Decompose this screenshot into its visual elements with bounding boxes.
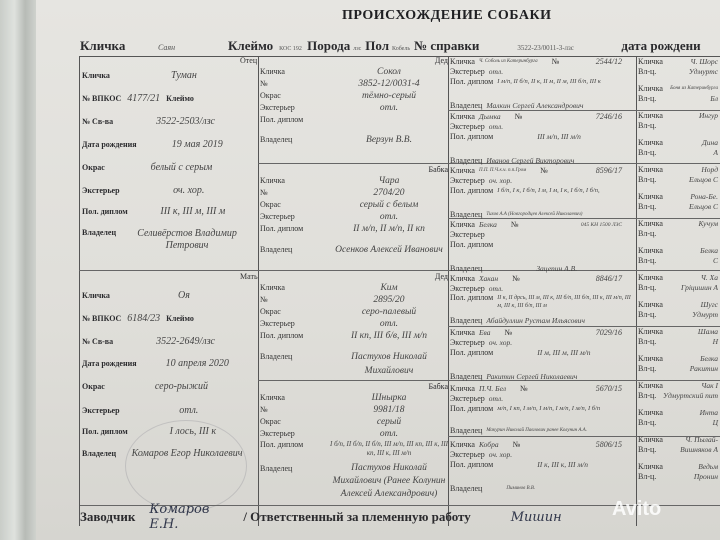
father-vpkos-label: № ВПКОС: [82, 94, 121, 103]
ggp-owner: Тихов А.А (Новгородцев Алексей Николаеви…: [486, 210, 582, 220]
gen4-owner-label: Вл-ц.: [638, 67, 670, 77]
ggp-name-label: Кличка: [450, 57, 475, 67]
ggp-exterior-label: Экстерьер: [450, 122, 485, 132]
ggp-owner-label: Владелец: [450, 264, 482, 274]
gen4-owner: [670, 121, 720, 131]
ggp-name: П.Ч. Бел: [479, 384, 506, 394]
gen4-entry: КличкаЧ. ХаВл-ц.Грiцишин А: [638, 273, 720, 300]
gp-role: Бабка: [260, 382, 448, 392]
sex-label: Пол: [365, 38, 389, 54]
gen4-entry: КличкаШамаВл-ц.Н: [638, 327, 720, 354]
gen4-name: Шама: [670, 327, 720, 337]
gp-diploma-label: Пол. диплом: [260, 330, 330, 342]
gp-diploma-label: Пол. диплом: [260, 223, 330, 235]
father-cert-label: № Св-ва: [82, 117, 113, 126]
gen4-name: Ч. Пылай-: [670, 435, 720, 445]
cert-label: № справки: [414, 38, 479, 54]
gp-diploma: [330, 114, 448, 126]
father-cert: 3522-2503/лзс: [113, 116, 258, 127]
mother-color: серо-рыжий: [105, 381, 258, 392]
ggp-exterior-label: Экстерьер: [450, 338, 485, 348]
mother-role-label: Мать: [240, 272, 258, 281]
gp-exterior-label: Экстерьер: [260, 428, 330, 440]
ggp-owner-label: Владелец: [450, 156, 482, 166]
dob-label: дата рождени: [621, 38, 700, 54]
ggp-number: 8596/17: [596, 166, 622, 176]
gen4-entry: КличкаИнтаВл-ц.Ц: [638, 408, 720, 435]
gp-name: Шнырка: [330, 392, 448, 404]
gen4-entry: КличкаНордВл-ц.Ельцов С: [638, 165, 720, 192]
gen4-owner: Удмуртс: [670, 67, 720, 77]
gen4-owner: Пронин: [670, 472, 720, 482]
ggp-owner: Иванов Сергей Викторович: [486, 156, 574, 166]
gen4-owner: Грiцишин А: [670, 283, 720, 293]
ggp-diploma: III м/п, III м/п: [537, 132, 581, 142]
grandparent-paternal-grandmother: Бабка КличкаЧара №2704/20 Окрассерый с б…: [260, 165, 448, 257]
gp-role: Бабка: [260, 165, 448, 175]
gen4-owner: Удмуртский пит: [663, 391, 720, 401]
gen4-name: Норд: [670, 165, 720, 175]
gen4-name: Ведьм: [670, 462, 720, 472]
gen4-owner: А: [670, 148, 720, 158]
gp-exterior: отл.: [330, 318, 448, 330]
gen4-name: Шугс: [670, 300, 720, 310]
gen4-owner: Н: [670, 337, 720, 347]
ggp-number: 7029/16: [596, 328, 622, 338]
gp-number: 3852-12/0031-4: [330, 78, 448, 90]
gen4-name: Ч. Шорс: [670, 57, 720, 67]
ggp-diploma: I м/п, II б/п, II к, II м, II м, III б/п…: [497, 77, 601, 87]
gen4-owner-label: Вл-ц.: [638, 310, 670, 320]
ggp-number-label: №: [511, 220, 519, 230]
ggp-exterior-label: Экстерьер: [450, 67, 485, 77]
ggp-name: Ч. Соболь из Катеринбурга: [479, 57, 538, 67]
gen4-entry: КличкаЧ. ШорсВл-ц.Удмуртс: [638, 57, 720, 84]
cert-value: 3522-23/0011-3-лзс: [517, 44, 621, 52]
father-exterior-label: Экстерьер: [82, 186, 120, 195]
gp-color: серый с белым: [330, 199, 448, 211]
ggp-number-label: №: [513, 440, 521, 450]
gen4-entry: КличкаДинаВл-ц.А: [638, 138, 720, 165]
gen4-entry: КличкаШугсВл-ц.Удмурт: [638, 300, 720, 327]
ggp-number: 8846/17: [596, 274, 622, 284]
ggp-owner: Ракитин Сергей Николаевич: [486, 372, 577, 382]
gen4-owner: Ельцов С: [670, 202, 720, 212]
mother-color-label: Окрас: [82, 382, 105, 391]
father-diploma: III к, III м, III м: [128, 206, 258, 217]
mother-vpkos: 6184/23: [127, 313, 160, 324]
gen4-name-label: Кличка: [638, 381, 670, 391]
ggp-diploma: II к, II дрсь, III м, III к, III б/п, II…: [497, 294, 636, 310]
gen4-name-label: Кличка: [638, 435, 670, 445]
gen4-entry: КличкаБелкаВл-ц.С: [638, 246, 720, 273]
gen4-name-label: Кличка: [638, 138, 670, 148]
great-grandparent-2: КличкаДымка№7246/16 Экстерьеротл. Пол. д…: [450, 112, 636, 166]
gp-exterior-label: Экстерьер: [260, 318, 330, 330]
great-grandparent-8: КличкаКобра№5806/15 Экстерьероч. хор. По…: [450, 440, 636, 494]
gp-name: Ким: [330, 282, 448, 294]
sex-value: Кобель: [392, 46, 410, 52]
gen4-owner-label: Вл-ц.: [638, 472, 670, 482]
ggp-diploma-label: Пол. диплом: [450, 132, 493, 142]
ggp-owner-label: Владелец: [450, 210, 482, 220]
mother-vpkos-label: № ВПКОС: [82, 314, 121, 323]
ggp-number: 5670/15: [596, 384, 622, 394]
gen4-name: Ингур: [670, 111, 720, 121]
father-owner: Селивёрстов Владимир Петрович: [116, 228, 258, 252]
gen4-name-label: Кличка: [638, 219, 670, 229]
ggp-name-label: Кличка: [450, 166, 475, 176]
father-exterior: оч. хор.: [120, 185, 258, 196]
great-grandparent-4: КличкаБелка№045 КН 1500 ЛЗС Экстерьер По…: [450, 220, 636, 274]
father-name: Туман: [110, 70, 258, 81]
name-value: Саян: [158, 43, 228, 52]
gp-owner-label: Владелец: [260, 462, 330, 501]
ggp-diploma-label: Пол. диплом: [450, 404, 493, 414]
gp-name-label: Кличка: [260, 66, 330, 78]
ggp-owner-label: Владелец: [450, 316, 482, 326]
gen4-name-label: Кличка: [638, 246, 670, 256]
gp-diploma-label: Пол. диплом: [260, 440, 330, 458]
ggp-name: Кобра: [479, 440, 499, 450]
ggp-number: 045 КН 1500 ЛЗС: [581, 220, 622, 230]
ggp-owner-label: Владелец: [450, 372, 482, 382]
gp-exterior-label: Экстерьер: [260, 102, 330, 114]
gen4-owner-label: Вл-ц.: [638, 202, 670, 212]
mother-name: Оя: [110, 290, 258, 301]
ggp-name: Ева: [479, 328, 491, 338]
gp-name: Сокол: [330, 66, 448, 78]
gen4-owner-label: Вл-ц.: [638, 337, 670, 347]
gen4-name: Чак I: [670, 381, 720, 391]
gen4-name-label: Кличка: [638, 192, 670, 202]
ggp-diploma: м/п, I кп, I м/п, I м/п, I м/п, I м/п, I…: [497, 404, 600, 414]
ggp-owner: Пиминов В.В.: [506, 484, 535, 494]
gp-exterior: отл.: [330, 428, 448, 440]
gen4-name-label: Кличка: [638, 57, 670, 67]
gp-owner: Пастухов Николай Михайлович: [330, 350, 448, 378]
gp-diploma: II кп, III б/в, III м/п: [330, 330, 448, 342]
ggp-name: Дымка: [479, 112, 501, 122]
gp-number-label: №: [260, 187, 330, 199]
gen4-name-label: Кличка: [638, 111, 670, 121]
father-dob: 19 мая 2019: [137, 139, 258, 150]
brand-value: КОС 192: [279, 46, 307, 52]
gen4-entry: КличкаЧак IВл-ц.Удмуртский пит: [638, 381, 720, 408]
ggp-diploma-label: Пол. диплом: [450, 240, 493, 250]
gen4-name: Инта: [670, 408, 720, 418]
breeder-label: Заводчик: [80, 509, 135, 525]
ggp-owner: Малкин Сергей Александрович: [486, 101, 583, 111]
gen4-owner: [670, 229, 720, 239]
gp-owner: Осенков Алексей Иванович: [330, 243, 448, 257]
ggp-name: П.П. П.Ч.к.ч. п.п.Гром: [479, 166, 526, 176]
ggp-number-label: №: [515, 112, 523, 122]
father-name-label: Кличка: [82, 71, 110, 80]
ggp-diploma: II м, III м, III м/п: [537, 348, 590, 358]
gen4-owner-label: Вл-ц.: [638, 418, 670, 428]
gen4-owner-label: Вл-ц.: [638, 256, 670, 266]
gp-owner-label: Владелец: [260, 134, 330, 146]
mother-dob-label: Дата рождения: [82, 359, 137, 368]
gen4-name-label: Кличка: [638, 273, 670, 283]
mother-dob: 10 апреля 2020: [137, 358, 258, 369]
gp-owner-label: Владелец: [260, 350, 330, 378]
ggp-exterior: оч. хор.: [489, 338, 512, 348]
mother-cert: 3522-2649/лзс: [113, 336, 258, 347]
gen4-owner-label: Вл-ц.: [638, 391, 663, 401]
gp-color: серо-палевый: [330, 306, 448, 318]
gen4-owner: Ц: [670, 418, 720, 428]
gp-exterior-label: Экстерьер: [260, 211, 330, 223]
gp-name-label: Кличка: [260, 392, 330, 404]
gen4-entry: КличкаБоня из КатеринбургаВл-ц.Бл: [638, 84, 720, 111]
ggp-name: Хакан: [479, 274, 498, 284]
gen4-entry: КличкаРона-Бе.Вл-ц.Ельцов С: [638, 192, 720, 219]
gen4-name: Белка: [670, 246, 720, 256]
gen4-name-label: Кличка: [638, 354, 670, 364]
father-color-label: Окрас: [82, 163, 105, 172]
gen4-owner-label: Вл-ц.: [638, 229, 670, 239]
gen4-name-label: Кличка: [638, 408, 670, 418]
gen4-owner-label: Вл-ц.: [638, 121, 670, 131]
father-owner-label: Владелец: [82, 228, 116, 237]
gen4-entry: КличкаИнгурВл-ц.: [638, 111, 720, 138]
gen4-name: Дина: [670, 138, 720, 148]
gp-owner-label: Владелец: [260, 243, 330, 257]
gen4-name-label: Кличка: [638, 462, 670, 472]
gen4-entry: КличкаВедьмВл-ц.Пронин: [638, 462, 720, 489]
responsible-signature: Мишин: [511, 510, 562, 525]
father-brand-label: Клеймо: [166, 94, 194, 103]
gp-color-label: Окрас: [260, 90, 330, 102]
gp-diploma-label: Пол. диплом: [260, 114, 330, 126]
gp-number-label: №: [260, 294, 330, 306]
gp-owner: Пастухов Николай Михайлович (Ранее Колун…: [330, 462, 448, 501]
great-grandparent-1: КличкаЧ. Соболь из Катеринбурга№2544/12 …: [450, 57, 636, 111]
gp-role: Дед: [260, 56, 448, 66]
mother-exterior-label: Экстерьер: [82, 406, 120, 415]
gen4-name: Ч. Ха: [670, 273, 720, 283]
ggp-owner: Макурин Николай Павлович ранее Колунин А…: [486, 426, 587, 436]
name-label: Кличка: [80, 38, 158, 54]
ggp-name-label: Кличка: [450, 220, 475, 230]
breed-label: Порода: [307, 38, 350, 54]
gen4-name-label: Кличка: [638, 84, 670, 94]
gp-color-label: Окрас: [260, 199, 330, 211]
gen4-owner-label: Вл-ц.: [638, 148, 670, 158]
ggp-diploma: I б/п, I к, I б/п, I м, I м, I к, I б/п,…: [497, 186, 599, 196]
ggp-exterior-label: Экстерьер: [450, 450, 485, 460]
grandparent-maternal-grandfather: Дед КличкаКим №2895/20 Окрассеро-палевый…: [260, 272, 448, 378]
ggp-exterior-label: Экстерьер: [450, 230, 485, 240]
dog-header-row: Кличка Саян Клеймо КОС 192 Порода лзс По…: [80, 38, 720, 57]
ggp-exterior: отл.: [489, 284, 503, 294]
breeder-signature: Комаров Е.Н.: [149, 502, 239, 532]
ggp-number: 7246/16: [596, 112, 622, 122]
ggp-number-label: №: [540, 166, 548, 176]
ggp-diploma-label: Пол. диплом: [450, 186, 493, 196]
gen4-owner-label: Вл-ц.: [638, 175, 670, 185]
gen4-name-label: Кличка: [638, 327, 670, 337]
gp-color: тёмно-серый: [330, 90, 448, 102]
breed-value: лзс: [353, 46, 361, 52]
ggp-exterior: отл.: [489, 394, 503, 404]
gen4-column: КличкаЧ. ШорсВл-ц.Удмуртс КличкаБоня из …: [638, 57, 720, 489]
ggp-owner: Абайдуллин Рустам Ильясович: [486, 316, 585, 326]
gen4-owner-label: Вл-ц.: [638, 445, 670, 455]
ggp-diploma-label: Пол. диплом: [450, 294, 493, 310]
grandparent-maternal-grandmother: Бабка КличкаШнырка №9981/18 Окрассерый Э…: [260, 382, 448, 501]
ggp-number-label: №: [505, 328, 513, 338]
mother-brand-label: Клеймо: [166, 314, 194, 323]
mother-cert-label: № Св-ва: [82, 337, 113, 346]
responsible-label: / Ответственный за племенную работу: [243, 509, 470, 525]
ggp-exterior: оч. хор.: [489, 176, 512, 186]
gen4-owner: Ракитин: [670, 364, 720, 374]
gen4-name-label: Кличка: [638, 300, 670, 310]
ggp-diploma-label: Пол. диплом: [450, 460, 493, 470]
gp-color: серый: [330, 416, 448, 428]
ggp-diploma-label: Пол. диплом: [450, 348, 493, 358]
father-role-label: Отец: [240, 56, 257, 65]
gen4-owner: Бл: [670, 94, 720, 104]
father-diploma-label: Пол. диплом: [82, 207, 128, 216]
ggp-number: 5806/15: [596, 440, 622, 450]
gp-number: 2704/20: [330, 187, 448, 199]
gp-number-label: №: [260, 404, 330, 416]
mother-owner-label: Владелец: [82, 449, 116, 458]
gen4-name-label: Кличка: [638, 165, 670, 175]
gp-name-label: Кличка: [260, 175, 330, 187]
great-grandparent-6: КличкаЕва№7029/16 Экстерьероч. хор. Пол.…: [450, 328, 636, 382]
mother-name-label: Кличка: [82, 291, 110, 300]
gp-name: Чара: [330, 175, 448, 187]
gen4-owner: Ельцов С: [670, 175, 720, 185]
ggp-name-label: Кличка: [450, 328, 475, 338]
father-vpkos: 4177/21: [127, 93, 160, 104]
gen4-owner-label: Вл-ц.: [638, 94, 670, 104]
gp-color-label: Окрас: [260, 416, 330, 428]
gen4-owner: Удмурт: [670, 310, 720, 320]
gen4-entry: КличкаКучумВл-ц.: [638, 219, 720, 246]
gp-number: 2895/20: [330, 294, 448, 306]
ggp-number-label: №: [512, 274, 520, 284]
great-grandparent-3: КличкаП.П. П.Ч.к.ч. п.п.Гром№8596/17 Экс…: [450, 166, 636, 220]
ggp-exterior-label: Экстерьер: [450, 176, 485, 186]
ggp-name: Белка: [479, 220, 497, 230]
page-title: ПРОИСХОЖДЕНИЕ СОБАКИ: [342, 8, 551, 24]
grandparent-paternal-grandfather: Дед КличкаСокол №3852-12/0031-4 Окрастём…: [260, 56, 448, 146]
ggp-diploma: II к, III к, III м/п: [537, 460, 588, 470]
ggp-exterior-label: Экстерьер: [450, 284, 485, 294]
gen4-name: Боня из Катеринбурга: [670, 84, 720, 94]
ggp-diploma-label: Пол. диплом: [450, 77, 493, 87]
gp-diploma: II м/п, II м/п, II кп: [330, 223, 448, 235]
ggp-number-label: №: [552, 57, 560, 67]
father-dob-label: Дата рождения: [82, 140, 137, 149]
ggp-name-label: Кличка: [450, 112, 475, 122]
mother-diploma-label: Пол. диплом: [82, 427, 128, 436]
ggp-name-label: Кличка: [450, 440, 475, 450]
ggp-owner-label: Владелец: [450, 101, 482, 111]
gp-number: 9981/18: [330, 404, 448, 416]
background-left-edge: [0, 0, 36, 540]
gen4-name: Кучум: [670, 219, 720, 229]
gen4-name: Белка: [670, 354, 720, 364]
gen4-name: Рона-Бе.: [670, 192, 720, 202]
father-color: белый с серым: [105, 162, 258, 173]
gp-number-label: №: [260, 78, 330, 90]
ggp-owner: Зацепин А.В.: [536, 264, 577, 274]
avito-watermark: Avito: [612, 498, 661, 521]
ggp-exterior: оч. хор.: [489, 450, 512, 460]
ggp-name-label: Кличка: [450, 384, 475, 394]
great-grandparent-5: КличкаХакан№8846/17 Экстерьеротл. Пол. д…: [450, 274, 636, 326]
ggp-number-label: №: [520, 384, 528, 394]
gp-color-label: Окрас: [260, 306, 330, 318]
gp-owner: Верзун В.В.: [330, 134, 448, 146]
ggp-name-label: Кличка: [450, 274, 475, 284]
gen4-owner-label: Вл-ц.: [638, 364, 670, 374]
ggp-owner-label: Владелец: [450, 484, 482, 494]
gen4-owner: Вишняков А: [670, 445, 720, 455]
gp-role: Дед: [260, 272, 448, 282]
faded-stamp: [125, 420, 247, 512]
gen4-owner: С: [670, 256, 720, 266]
great-grandparent-7: КличкаП.Ч. Бел№5670/15 Экстерьеротл. Пол…: [450, 384, 636, 436]
ggp-owner-label: Владелец: [450, 426, 482, 436]
ggp-exterior: отл.: [489, 122, 503, 132]
ggp-number: 2544/12: [596, 57, 622, 67]
ggp-exterior-label: Экстерьер: [450, 394, 485, 404]
gp-exterior: отл.: [330, 102, 448, 114]
brand-label: Клеймо: [228, 38, 273, 54]
gp-diploma: I б/п, II б/п, II б/п, III м/п, III кп, …: [330, 440, 448, 458]
gen4-entry: КличкаЧ. Пылай-Вл-ц.Вишняков А: [638, 435, 720, 462]
gp-exterior: отл.: [330, 211, 448, 223]
gen4-entry: КличкаБелкаВл-ц.Ракитин: [638, 354, 720, 381]
mother-exterior: отл.: [120, 405, 258, 416]
gen4-owner-label: Вл-ц.: [638, 283, 670, 293]
ggp-exterior: отл.: [489, 67, 503, 77]
gp-name-label: Кличка: [260, 282, 330, 294]
